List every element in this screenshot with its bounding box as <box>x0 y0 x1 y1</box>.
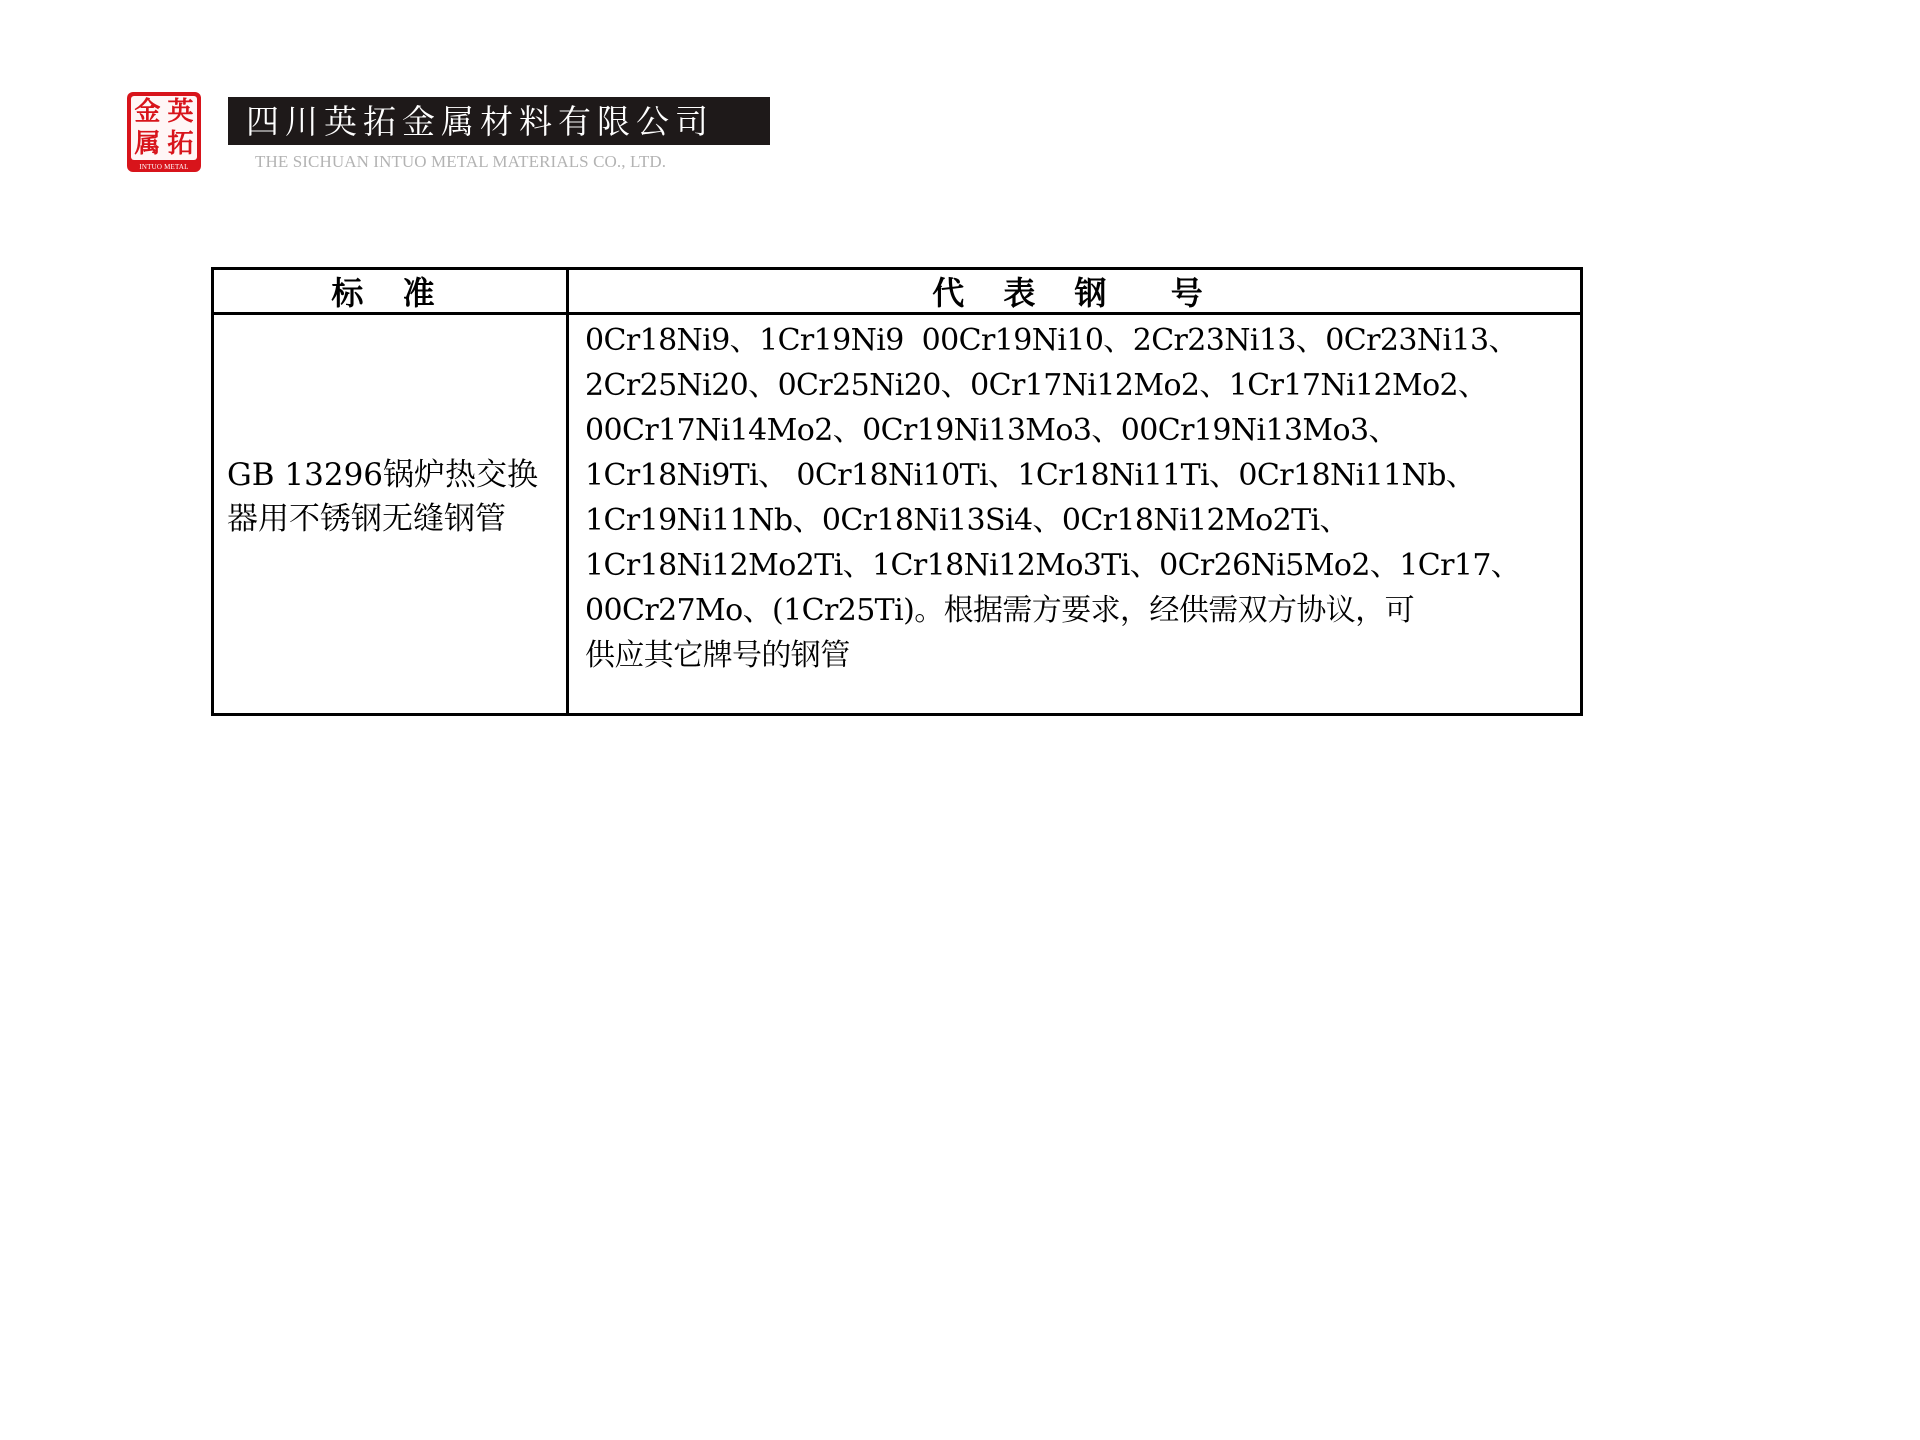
column-divider <box>566 270 569 713</box>
company-logo: 金 英 属 拓 INTUO METAL 四川英拓金属材料有限公司 THE SIC… <box>127 92 787 174</box>
seal-char: 英 <box>164 96 197 128</box>
standard-name: GB 13296锅炉热交换器用不锈钢无缝钢管 <box>227 453 557 541</box>
grades-line: 供应其它牌号的钢管 <box>585 633 1574 678</box>
header-representative-grades: 代 表 钢 号 <box>569 270 1580 312</box>
company-name-cn: 四川英拓金属材料有限公司 <box>246 105 714 138</box>
header-standard: 标 准 <box>214 270 566 312</box>
table-header-row: 标 准 代 表 钢 号 <box>214 270 1580 315</box>
table-cell-grades: 0Cr18Ni9、1Cr19Ni9 00Cr19Ni10、2Cr23Ni13、0… <box>585 318 1574 678</box>
seal-char: 拓 <box>164 128 197 160</box>
grades-line: 1Cr19Ni11Nb、0Cr18Ni13Si4、0Cr18Ni12Mo2Ti、 <box>585 498 1574 543</box>
seal-char: 属 <box>131 128 164 160</box>
company-seal-icon: 金 英 属 拓 INTUO METAL <box>127 92 201 172</box>
grades-line: 2Cr25Ni20、0Cr25Ni20、0Cr17Ni12Mo2、1Cr17Ni… <box>585 363 1574 408</box>
seal-caption: INTUO METAL <box>127 163 201 171</box>
seal-char: 金 <box>131 96 164 128</box>
grades-line: 00Cr27Mo、(1Cr25Ti)。根据需方要求，经供需双方协议，可 <box>585 588 1574 633</box>
steel-grade-table: 标 准 代 表 钢 号 GB 13296锅炉热交换器用不锈钢无缝钢管 0Cr18… <box>211 267 1583 716</box>
grades-line: 1Cr18Ni9Ti、 0Cr18Ni10Ti、1Cr18Ni11Ti、0Cr1… <box>585 453 1574 498</box>
grades-line: 0Cr18Ni9、1Cr19Ni9 00Cr19Ni10、2Cr23Ni13、0… <box>585 318 1574 363</box>
company-name-band: 四川英拓金属材料有限公司 <box>228 97 770 145</box>
grades-line: 00Cr17Ni14Mo2、0Cr19Ni13Mo3、00Cr19Ni13Mo3… <box>585 408 1574 453</box>
table-cell-standard: GB 13296锅炉热交换器用不锈钢无缝钢管 <box>227 315 557 713</box>
grades-line: 1Cr18Ni12Mo2Ti、1Cr18Ni12Mo3Ti、0Cr26Ni5Mo… <box>585 543 1574 588</box>
company-name-en: THE SICHUAN INTUO METAL MATERIALS CO., L… <box>255 152 666 172</box>
